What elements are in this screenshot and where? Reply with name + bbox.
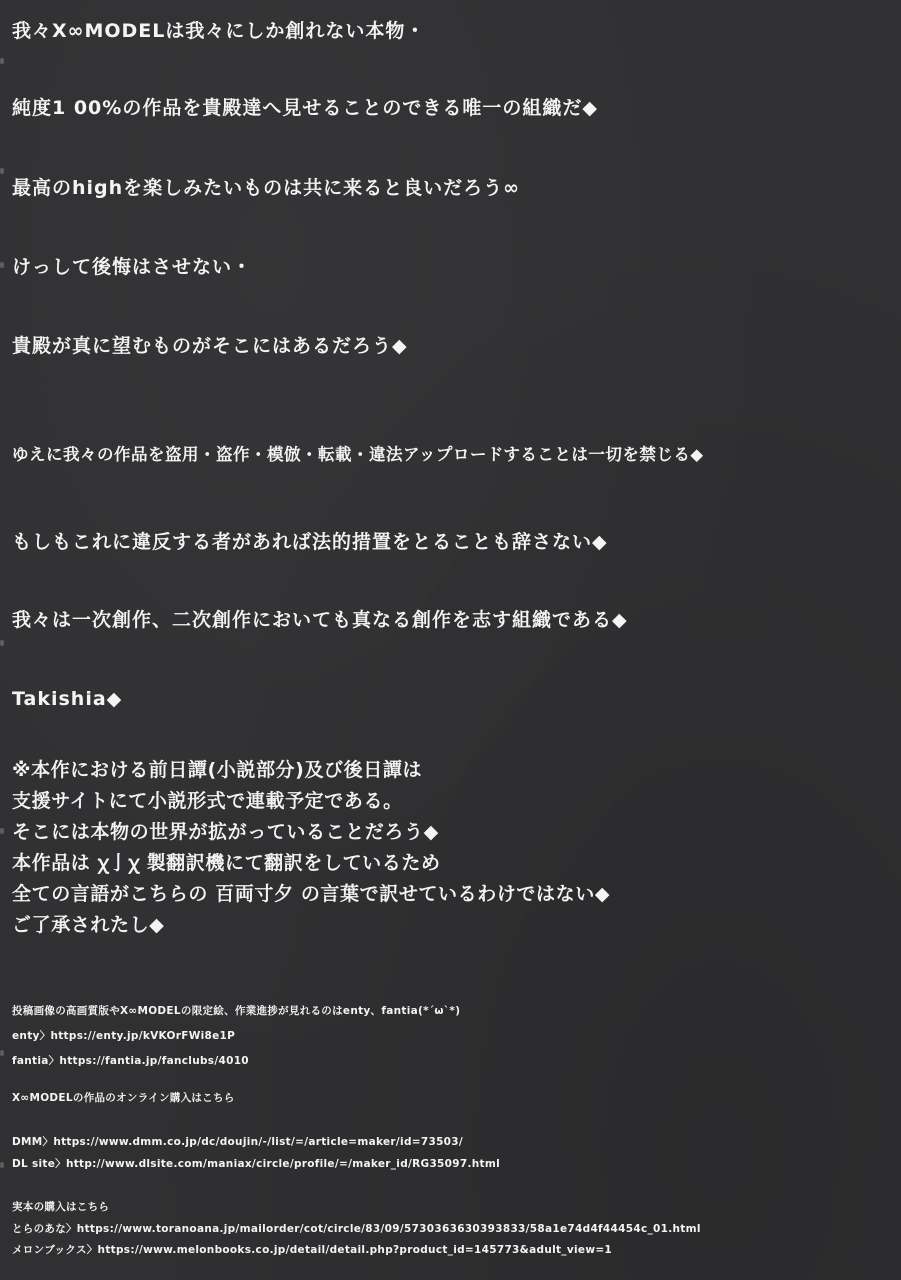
warning-line-3: 我々は一次創作、二次創作においても真なる創作を志す組織である◆ — [12, 611, 628, 630]
note-line-5: 全ての言語がこちらの 百両寸夕 の言葉で訳せているわけではない◆ — [12, 885, 610, 904]
manifesto-line-4: けっして後悔はさせない・ — [12, 258, 252, 277]
fantia-link[interactable]: fantia〉https://fantia.jp/fanclubs/4010 — [12, 1056, 249, 1067]
manifesto-line-5: 貴殿が真に望むものがそこにはあるだろう◆ — [12, 337, 408, 356]
warning-line-2: もしもこれに違反する者があれば法的措置をとることも辞さない◆ — [12, 533, 608, 552]
physical-purchase-heading: 実本の購入はこちら — [12, 1202, 109, 1213]
scan-artifact — [0, 1050, 4, 1056]
signature: Takishia◆ — [12, 690, 122, 709]
online-purchase-heading: X∞MODELの作品のオンライン購入はこちら — [12, 1093, 235, 1104]
manifesto-line-3: 最高のhighを楽しみたいものは共に来ると良いだろう∞ — [12, 179, 520, 198]
dmm-link[interactable]: DMM〉https://www.dmm.co.jp/dc/doujin/-/li… — [12, 1137, 463, 1148]
support-heading: 投稿画像の高画質版やX∞MODELの限定絵、作業進捗が見れるのはenty、fan… — [12, 1006, 460, 1017]
scan-artifact — [0, 58, 4, 64]
warning-line-1: ゆえに我々の作品を盗用・盗作・模倣・転載・違法アップロードすることは一切を禁じる… — [12, 447, 704, 464]
scan-artifact — [0, 168, 4, 174]
manifesto-line-1: 我々X∞MODELは我々にしか創れない本物・ — [12, 22, 425, 41]
scan-artifact — [0, 1162, 4, 1168]
note-line-6: ご了承されたし◆ — [12, 916, 164, 935]
scan-artifact — [0, 640, 4, 646]
scan-artifact — [0, 262, 4, 268]
scan-artifact — [0, 828, 4, 834]
toranoana-link[interactable]: とらのあな〉https://www.toranoana.jp/mailorder… — [12, 1224, 701, 1235]
enty-link[interactable]: enty〉https://enty.jp/kVKOrFWi8e1P — [12, 1031, 235, 1042]
dlsite-link[interactable]: DL site〉http://www.dlsite.com/maniax/cir… — [12, 1159, 500, 1170]
scanned-page-background: 我々X∞MODELは我々にしか創れない本物・ 純度1 00%の作品を貴殿達へ見せ… — [0, 0, 901, 1280]
melonbooks-link[interactable]: メロンブックス〉https://www.melonbooks.co.jp/det… — [12, 1245, 612, 1256]
note-line-4: 本作品は ꭓ亅ꭓ 製翻訳機にて翻訳をしているため — [12, 854, 441, 873]
note-line-3: そこには本物の世界が拡がっていることだろう◆ — [12, 823, 439, 842]
manifesto-line-2: 純度1 00%の作品を貴殿達へ見せることのできる唯一の組織だ◆ — [12, 99, 598, 118]
note-line-2: 支援サイトにて小説形式で連載予定である。 — [12, 792, 403, 811]
note-line-1: ※本作における前日譚(小説部分)及び後日譚は — [12, 761, 422, 780]
